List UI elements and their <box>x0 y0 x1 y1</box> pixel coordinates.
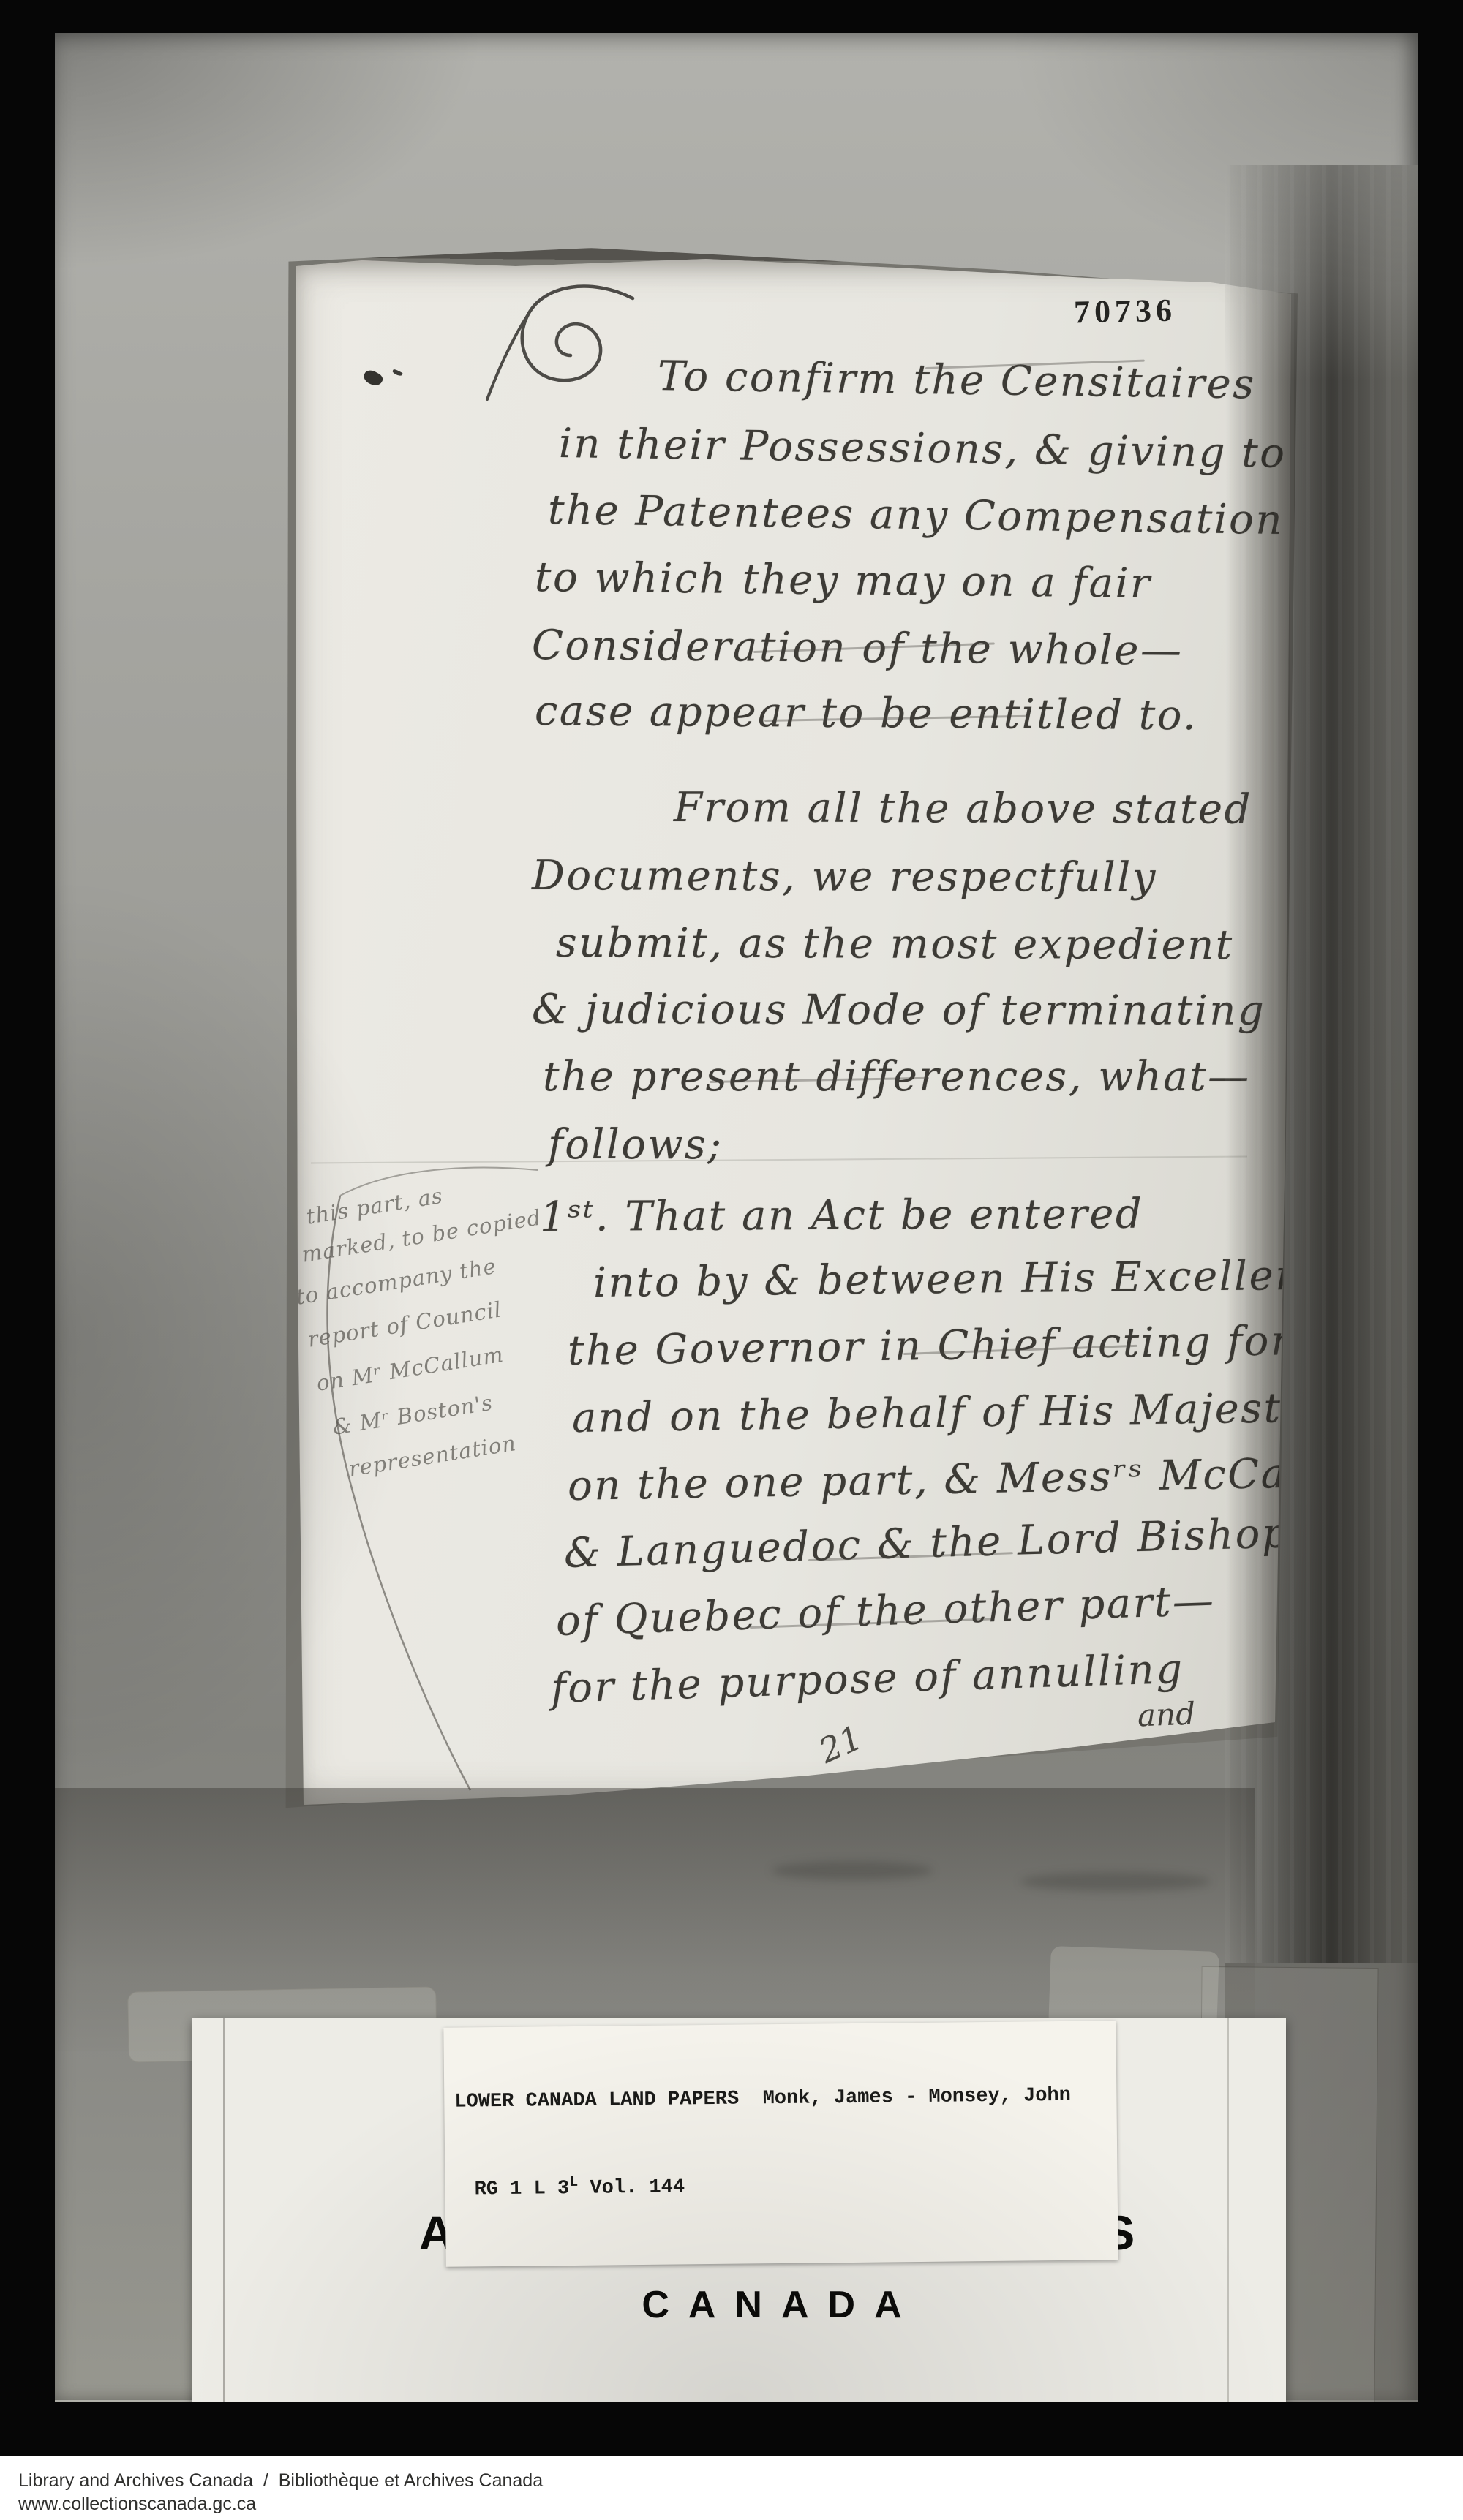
ms-line: Documents, we respectfully <box>532 856 1157 899</box>
ms-line: of Quebec of the other part— <box>555 1581 1216 1642</box>
reference-label: LOWER CANADA LAND PAPERS Monk, James - M… <box>443 2021 1118 2267</box>
footer-attribution: Library and Archives Canada / Bibliothèq… <box>18 2470 543 2491</box>
ms-line: on the one part, & Messʳˢ McCallum <box>568 1452 1386 1507</box>
ms-line: From all the above stated <box>674 788 1252 831</box>
ms-line: submit, as the most expedient <box>556 923 1234 966</box>
reference-label-line1: LOWER CANADA LAND PAPERS Monk, James - M… <box>454 2082 1116 2116</box>
smudge-mark <box>772 1861 933 1880</box>
ms-line: the Patentees any Compensation <box>548 490 1285 541</box>
ms-line: into by & between His Excellency <box>593 1255 1353 1304</box>
ms-line: follows; <box>548 1125 723 1166</box>
reference-code: RG 1 L 3 <box>474 2178 569 2200</box>
paper-crease <box>311 1156 1247 1164</box>
note-line: & Mʳ Boston's <box>331 1392 494 1438</box>
ms-line: & Languedoc & the Lord Bishop <box>563 1513 1290 1574</box>
photo-area: 70736 To confirm the Censitairesin their… <box>55 33 1418 2402</box>
reference-volume: Vol. 144 <box>578 2176 685 2200</box>
reference-label-line2: RG 1 L 3L Vol. 144 <box>455 2163 1117 2203</box>
ms-line: and on the behalf of His Majesty <box>572 1388 1307 1439</box>
ink-blot <box>361 368 384 388</box>
note-line: report of Council <box>306 1299 503 1351</box>
reference-code-sup: L <box>569 2174 578 2191</box>
catchword: and <box>1137 1696 1196 1734</box>
ms-line: the Governor in Chief acting for <box>568 1321 1293 1372</box>
ink-flourish-icon <box>483 276 644 415</box>
ms-line: case appear to be entitled to. <box>535 691 1198 736</box>
black-mat-border: 70736 To confirm the Censitairesin their… <box>0 0 1463 2456</box>
smudge-mark <box>1020 1872 1211 1891</box>
ms-line: 1ˢᵗ. That an Act be entered <box>540 1194 1144 1238</box>
note-line: on Mʳ McCallum <box>315 1344 505 1395</box>
footer-bar: Library and Archives Canada / Bibliothèq… <box>0 2456 1463 2520</box>
card-title-canada: CANADA <box>277 2286 1286 2324</box>
ms-line: for the purpose of annulling <box>550 1649 1184 1710</box>
manuscript-page: 70736 To confirm the Censitairesin their… <box>296 256 1291 1808</box>
note-line: this part, as <box>305 1185 445 1228</box>
ms-line: to which they may on a fair <box>535 557 1152 605</box>
ms-line: in their Possessions, & giving to <box>559 423 1287 475</box>
page-number: 21 <box>813 1717 868 1770</box>
stamp-number: 70736 <box>1073 292 1176 331</box>
scanned-document-root: 70736 To confirm the Censitairesin their… <box>0 0 1463 2520</box>
ms-line: & judicious Mode of terminating <box>532 989 1265 1032</box>
ms-line: To confirm the Censitaires <box>658 356 1256 405</box>
footer-url: www.collectionscanada.gc.ca <box>18 2494 256 2515</box>
note-line: representation <box>347 1433 518 1480</box>
